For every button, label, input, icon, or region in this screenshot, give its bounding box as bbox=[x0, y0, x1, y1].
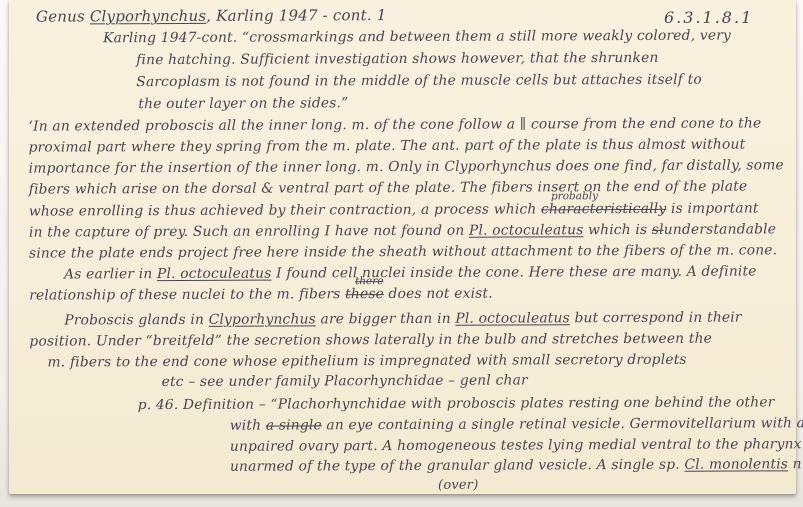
text-segment: Genus bbox=[36, 7, 90, 25]
handwritten-line: etc – see under family Placorhynchidae –… bbox=[162, 374, 528, 389]
text-segment: whose enrolling is thus achieved by thei… bbox=[29, 201, 541, 219]
handwritten-line: importance for the insertion of the inne… bbox=[29, 159, 784, 176]
text-segment: the outer layer on the sides.” bbox=[138, 95, 348, 112]
struck-text: these bbox=[345, 286, 384, 302]
underlined-text: Pl. octoculeatus bbox=[157, 266, 272, 282]
handwritten-line: Karling 1947-cont. “crossmarkings and be… bbox=[103, 30, 731, 47]
text-segment: proximal part where they spring from the… bbox=[29, 137, 746, 156]
text-segment: since the plate ends project free here i… bbox=[29, 242, 777, 261]
handwritten-line: relationship of these nuclei to the m. f… bbox=[29, 288, 493, 304]
handwritten-line: m. fibers to the end cone whose epitheli… bbox=[47, 354, 686, 371]
handwritten-line: fine hatching. Sufficient investigation … bbox=[136, 52, 658, 68]
text-segment: p. 46. Definition – “Plachorhynchidae wi… bbox=[138, 394, 775, 413]
struck-text: a single bbox=[266, 417, 322, 433]
text-segment: with bbox=[230, 418, 266, 434]
struck-text: characteristically bbox=[541, 201, 666, 218]
handwritten-line: in the capture of prey. Such an enrollin… bbox=[29, 223, 776, 240]
text-segment: unpaired ovary part. A homogeneous teste… bbox=[230, 436, 803, 455]
text-segment: which is bbox=[583, 222, 651, 238]
text-segment: is important bbox=[666, 200, 758, 216]
correction-group: therethese bbox=[345, 286, 384, 302]
text-segment: position. Under “breitfeld” the secretio… bbox=[29, 331, 712, 350]
text-segment: an eye containing a single retinal vesic… bbox=[322, 415, 803, 433]
handwritten-line: proximal part where they spring from the… bbox=[29, 139, 746, 156]
handwritten-line: As earlier in Pl. octoculeatus I found c… bbox=[64, 265, 757, 282]
underlined-text: Clyporhynchus bbox=[90, 7, 206, 26]
handwritten-line: since the plate ends project free here i… bbox=[29, 244, 777, 261]
handwritten-line: unpaired ovary part. A homogeneous teste… bbox=[230, 438, 803, 455]
scanned-index-card-page: 6.3.1.8.1 Genus Clyporhynchus, Karling 1… bbox=[0, 0, 803, 507]
handwritten-line: whose enrolling is thus achieved by thei… bbox=[29, 202, 759, 219]
text-segment: unarmed of the type of the granular glan… bbox=[230, 457, 685, 475]
handwritten-line: fibers which arise on the dorsal & ventr… bbox=[29, 180, 748, 197]
handwritten-line: Sarcoplasm is not found in the middle of… bbox=[136, 74, 702, 90]
correction-group: probablycharacteristically bbox=[541, 201, 666, 218]
index-card: 6.3.1.8.1 Genus Clyporhynchus, Karling 1… bbox=[9, 0, 796, 494]
card-lines: Genus Clyporhynchus, Karling 1947 - cont… bbox=[8, 0, 797, 496]
handwritten-line: p. 46. Definition – “Plachorhynchidae wi… bbox=[138, 396, 775, 413]
underlined-text: Pl. octoculeatus bbox=[469, 222, 584, 238]
underlined-text: Pl. octoculeatus bbox=[455, 310, 570, 326]
inserted-word-above: there bbox=[355, 276, 383, 287]
handwritten-line: ‘In an extended proboscis all the inner … bbox=[28, 117, 761, 134]
text-segment: ‘In an extended proboscis all the inner … bbox=[28, 115, 761, 134]
text-segment: understandable bbox=[664, 221, 776, 237]
text-segment: Proboscis glands in bbox=[64, 312, 208, 329]
handwritten-line: position. Under “breitfeld” the secretio… bbox=[29, 333, 712, 350]
text-segment: Karling 1947-cont. “crossmarkings and be… bbox=[103, 28, 731, 47]
text-segment: I found cell nuclei inside the cone. Her… bbox=[271, 263, 756, 281]
text-segment: relationship of these nuclei to the m. f… bbox=[29, 286, 345, 303]
handwritten-line: Proboscis glands in Clyporhynchus are bi… bbox=[64, 312, 741, 329]
text-segment: n. sp. ” bbox=[788, 456, 803, 472]
text-segment: fine hatching. Sufficient investigation … bbox=[136, 50, 658, 68]
handwritten-line: Genus Clyporhynchus, Karling 1947 - cont… bbox=[36, 8, 387, 25]
text-segment: in the capture of prey. Such an enrollin… bbox=[29, 223, 469, 241]
text-segment: etc – see under family Placorhynchidae –… bbox=[162, 372, 528, 390]
text-segment: (over) bbox=[438, 478, 479, 493]
handwritten-line: with a single an eye containing a single… bbox=[230, 417, 803, 433]
handwritten-line: (over) bbox=[438, 479, 478, 492]
underlined-text: Clyporhynchus bbox=[209, 311, 316, 327]
text-segment: but correspond in their bbox=[570, 310, 742, 327]
text-segment: importance for the insertion of the inne… bbox=[29, 157, 784, 176]
text-segment: Sarcoplasm is not found in the middle of… bbox=[136, 72, 702, 90]
inserted-word-above: probably bbox=[551, 191, 598, 202]
text-segment: m. fibers to the end cone whose epitheli… bbox=[47, 352, 686, 371]
text-segment: , Karling 1947 - cont. 1 bbox=[206, 6, 386, 25]
handwritten-line: the outer layer on the sides.” bbox=[138, 97, 348, 112]
text-segment: As earlier in bbox=[64, 266, 157, 282]
text-segment: does not exist. bbox=[384, 286, 493, 302]
handwritten-line: unarmed of the type of the granular glan… bbox=[230, 458, 803, 474]
underlined-text: Cl. monolentis bbox=[684, 456, 788, 472]
text-segment: fibers which arise on the dorsal & ventr… bbox=[29, 178, 748, 197]
text-segment: are bigger than in bbox=[316, 311, 456, 328]
struck-text: sl bbox=[652, 222, 664, 238]
